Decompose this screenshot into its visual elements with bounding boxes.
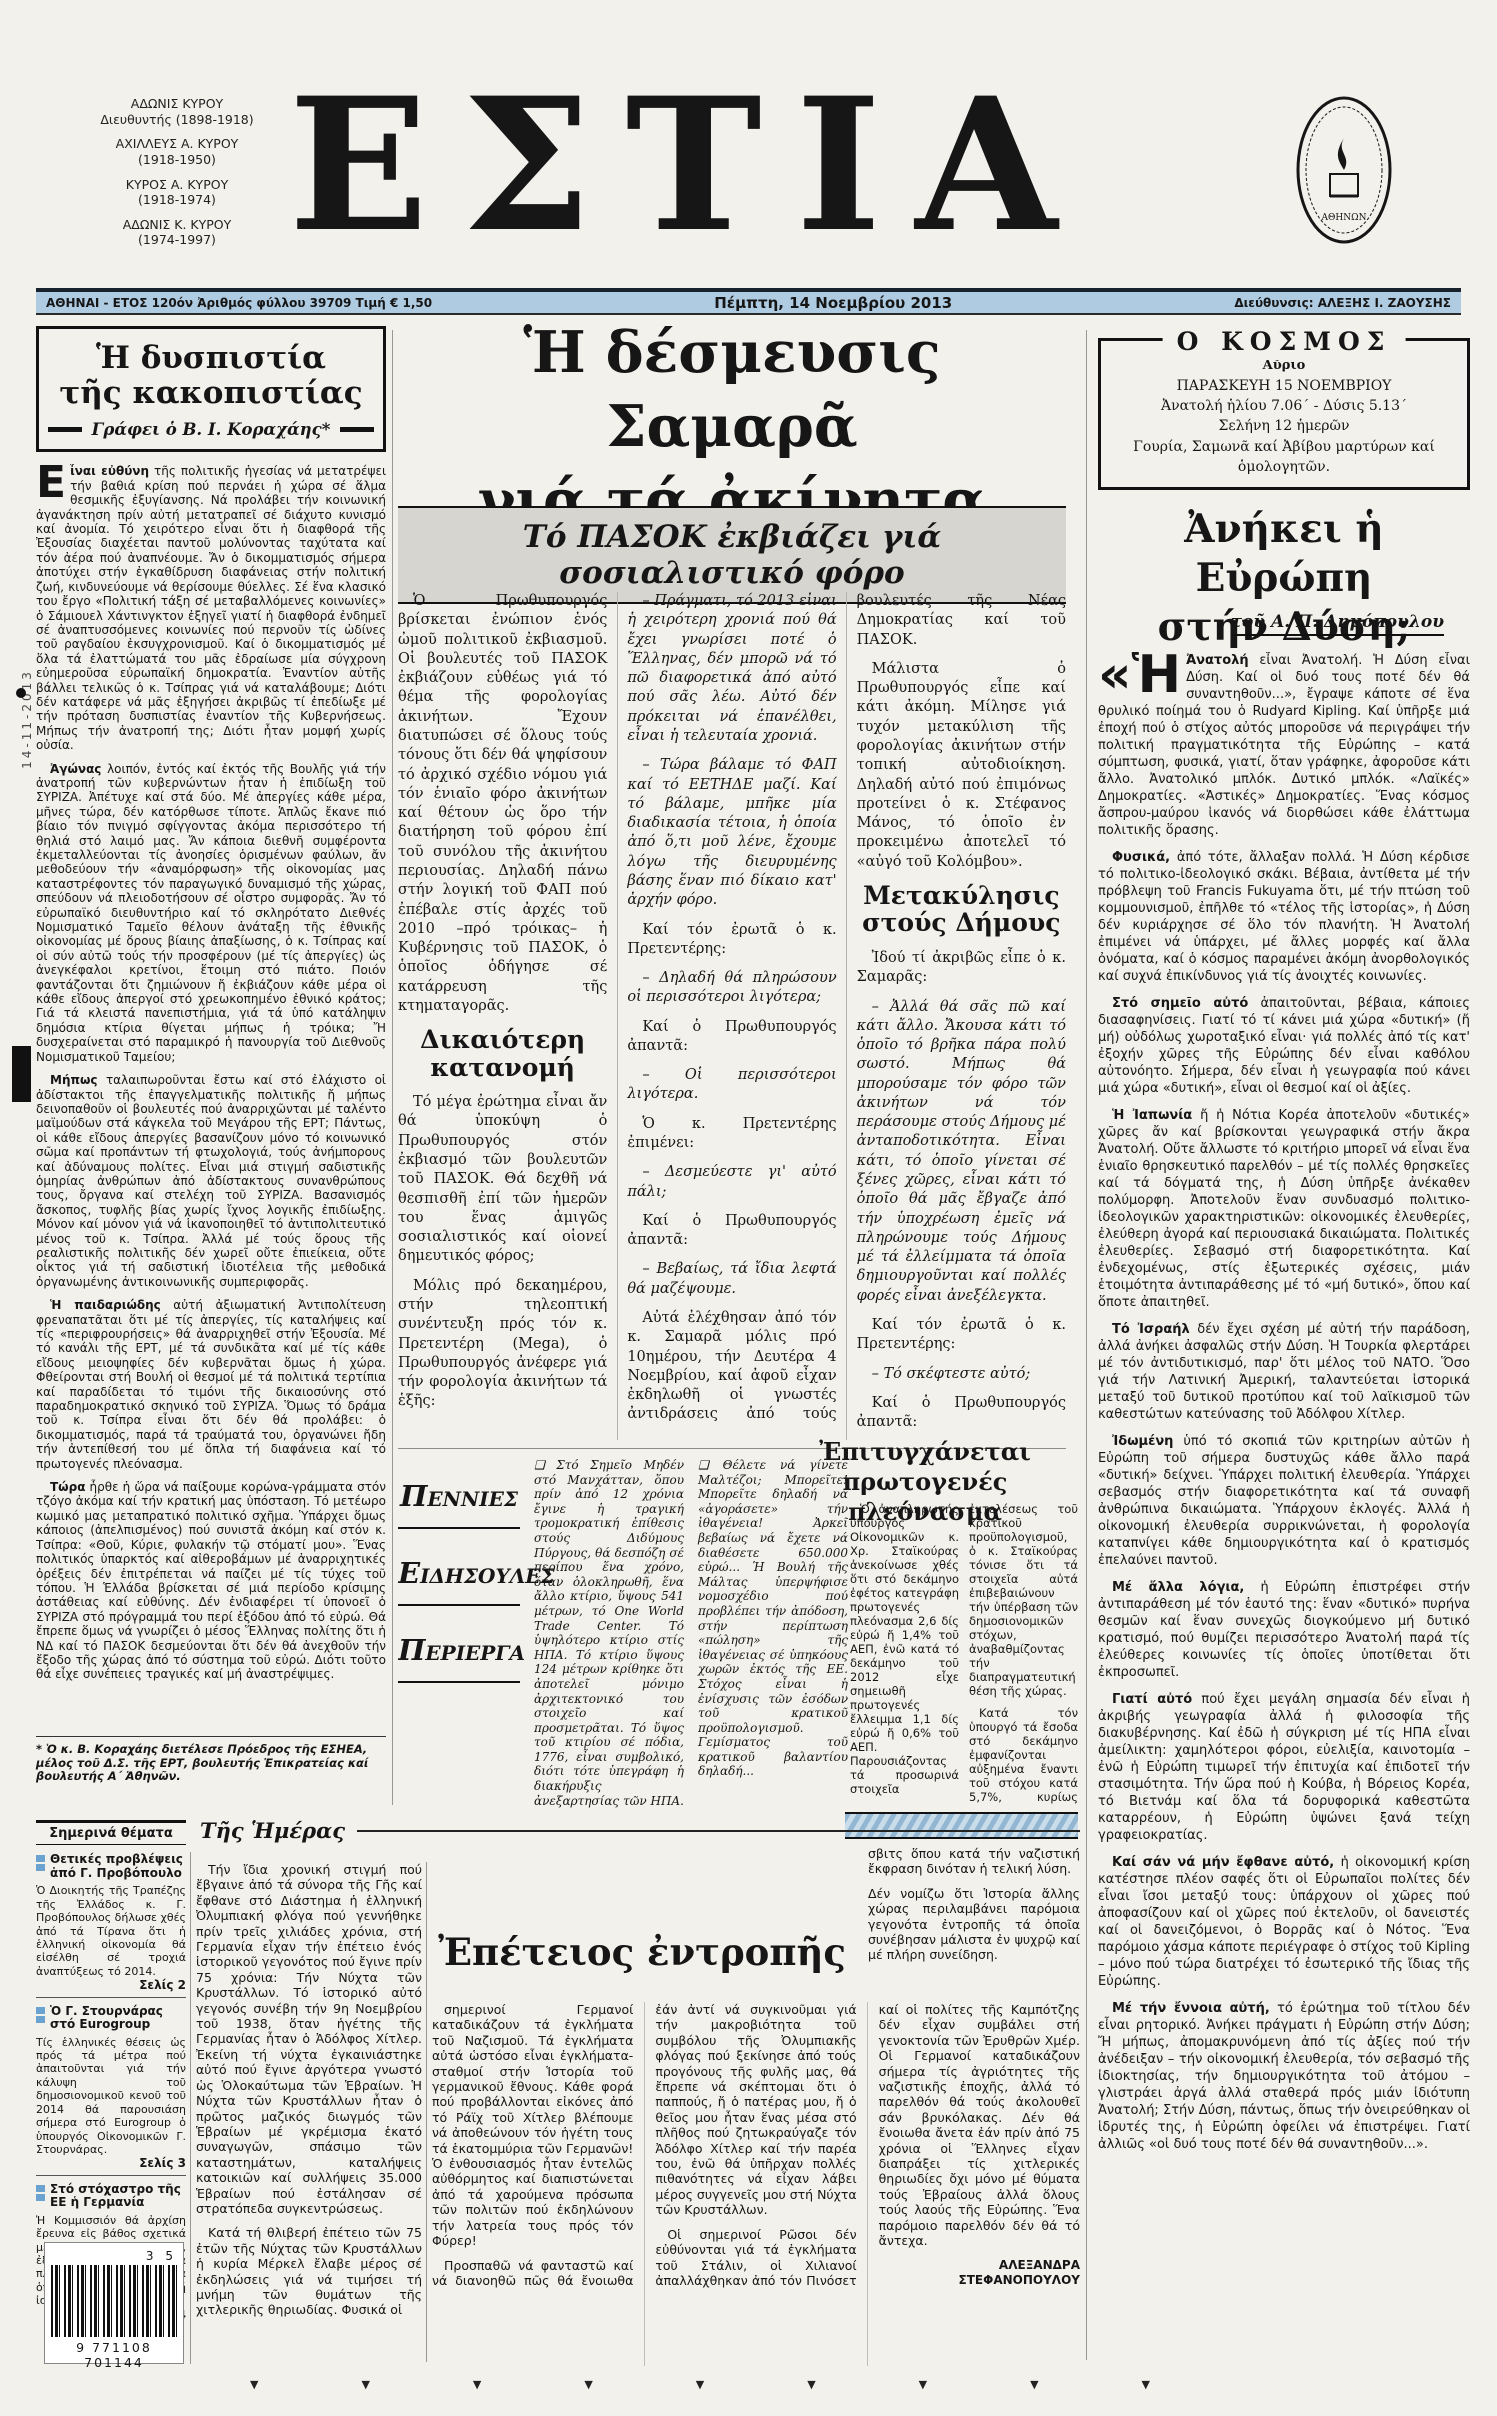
svg-text:ΑΘΗΝΩΝ: ΑΘΗΝΩΝ [1321, 213, 1367, 223]
column-divider [426, 1862, 427, 2362]
topic-title: Θετικές προβλέψεις ἀπό Γ. Προβόπουλο [50, 1853, 186, 1880]
europe-article-body: «Ἡ Ἀνατολή εἶναι Ἀνατολή. Ἡ Δύση εἶναι Δ… [1098, 652, 1470, 2364]
dateline-edition: ΑΘΗΝΑΙ - ΕΤΟΣ 120όν Ἀριθμός φύλλου 39709… [46, 296, 432, 310]
topic-item: Ὁ Γ. Στουρνάρας στό Eurogroup Τίς ἑλληνι… [36, 2005, 186, 2176]
topic-title: Ὁ Γ. Στουρνάρας στό Eurogroup [50, 2005, 186, 2032]
main-article-body: Ὁ Πρωθυπουργός βρίσκεται ἐνώπιον ἑνός ὠμ… [398, 592, 1066, 1440]
column-divider [1086, 330, 1087, 2360]
column-divider [392, 330, 393, 1805]
main-subhead: Τό ΠΑΣΟΚ ἐκβιάζει γιά σοσιαλιστικό φόρο [398, 506, 1066, 604]
day-section-label: Τῆς Ἡμέρας [200, 1818, 1080, 1843]
day-article-headline: Ἐπέτειος ἐντροπῆς [432, 1930, 852, 1974]
topic-page-ref: Σελίς 2 [36, 1979, 186, 1992]
registration-dot [16, 688, 26, 698]
estia-seal-icon: ΑΘΗΝΩΝ [1294, 92, 1394, 252]
briefs-header-word: ΕΙΔΗΣΟΥΛΕΣ [398, 1543, 520, 1606]
topic-page-ref: Σελίς 3 [36, 2157, 186, 2170]
kosmos-title: Ο ΚΟΣΜΟΣ [1163, 324, 1406, 360]
europe-byline: τοῦ Α. Π. Δημόπουλου [1098, 612, 1470, 636]
editorial-body: Εἶναι εὐθύνη τῆς πολιτικῆς ἡγεσίας νά με… [36, 464, 386, 1732]
day-article-col1: Τήν ἴδια χρονική στιγμή πού ἔβγαινε ἀπό … [196, 1862, 422, 2362]
topic-text: Τίς ἑλληνικές θέσεις ὡς πρός τά μέτρα πο… [36, 2036, 186, 2157]
barcode-issue-digits: 3 5 [51, 2249, 177, 2263]
day-article-body: σημερινοί Γερμανοί καταδικάζουν τά ἐγκλή… [432, 2002, 1080, 2366]
newspaper-title: ΕΣΤΙΑ [235, 74, 1145, 257]
newspaper-front-page: 14-11-2013 ΑΔΩΝΙΣ ΚΥΡΟΥ Διευθυντής (1898… [0, 0, 1497, 2416]
editorial-byline: Γράφει ὁ Β. Ι. Κοραχάης* [45, 420, 377, 439]
editorial-title: Ἡ δυσπιστία τῆς κακοπιστίας [45, 341, 377, 410]
editorial-header-box: Ἡ δυσπιστία τῆς κακοπιστίας Γράφει ὁ Β. … [36, 326, 386, 452]
todays-topics-label: Σημερινά θέματα [36, 1820, 186, 1845]
edge-print-date: 14-11-2013 [20, 664, 34, 774]
dateline-bar: ΑΘΗΝΑΙ - ΕΤΟΣ 120όν Ἀριθμός φύλλου 39709… [36, 288, 1461, 315]
topic-text: Ὁ Διοικητής τῆς Τραπέζης τῆς Ἑλλάδος κ. … [36, 1884, 186, 1978]
surplus-article-body: Ὁ ἀναπληρωτής ὑπουργός Οἰκονομικῶν κ. Χρ… [850, 1502, 1078, 1804]
topic-title: Στό στόχαστρο τῆς ΕΕ ἡ Γερμανία [50, 2183, 186, 2210]
kosmos-box: Ο ΚΟΣΜΟΣ ΑὔριοΠΑΡΑΣΚΕΥΗ 15 ΝΟΕΜΒΡΙΟΥἈνατ… [1098, 338, 1470, 490]
editorial-footnote: * Ὁ κ. Β. Κοραχάης διετέλεσε Πρόεδρος τῆ… [36, 1736, 386, 1784]
main-headline: Ἡ δέσμευσις Σαμαρᾶ γιά τά ἀκίνητα [398, 316, 1066, 538]
barcode-bars [51, 2265, 177, 2337]
barcode-number: 9 771108 701144 [51, 2340, 177, 2370]
column-divider [190, 1852, 191, 2364]
bottom-fold-markers: ▼▼▼▼▼▼▼▼▼ [250, 2378, 1150, 2391]
day-article-col4-top: σβιτς ὅπου κατά τήν ναζιστική ἔκφραση δι… [868, 1846, 1080, 2002]
editorial-column: Ἡ δυσπιστία τῆς κακοπιστίας Γράφει ὁ Β. … [36, 326, 386, 1784]
briefs-header-word: ΠΕΡΙΕΡΓΑ [398, 1620, 520, 1683]
briefs-header-word: ΠΕΝΝΙΕΣ [398, 1466, 520, 1529]
topic-item: Θετικές προβλέψεις ἀπό Γ. Προβόπουλο Ὁ Δ… [36, 1853, 186, 1997]
briefs-header: ΠΕΝΝΙΕΣ ΕΙΔΗΣΟΥΛΕΣ ΠΕΡΙΕΡΓΑ [398, 1458, 520, 1814]
blue-square-icon [36, 2007, 45, 2032]
kosmos-calendar: ΑὔριοΠΑΡΑΣΚΕΥΗ 15 ΝΟΕΜΒΡΙΟΥἈνατολή ἡλίου… [1109, 357, 1459, 477]
blue-square-icon [36, 2185, 45, 2210]
issn-barcode: 3 5 9 771108 701144 [44, 2242, 184, 2364]
dateline-director: Διεύθυνσις: ΑΛΕΞΗΣ Ι. ΖΑΟΥΣΗΣ [1234, 296, 1451, 310]
blue-square-icon [36, 1855, 45, 1880]
registration-bar [12, 1046, 31, 1102]
dateline-date: Πέμπτη, 14 Νοεμβρίου 2013 [714, 294, 952, 312]
